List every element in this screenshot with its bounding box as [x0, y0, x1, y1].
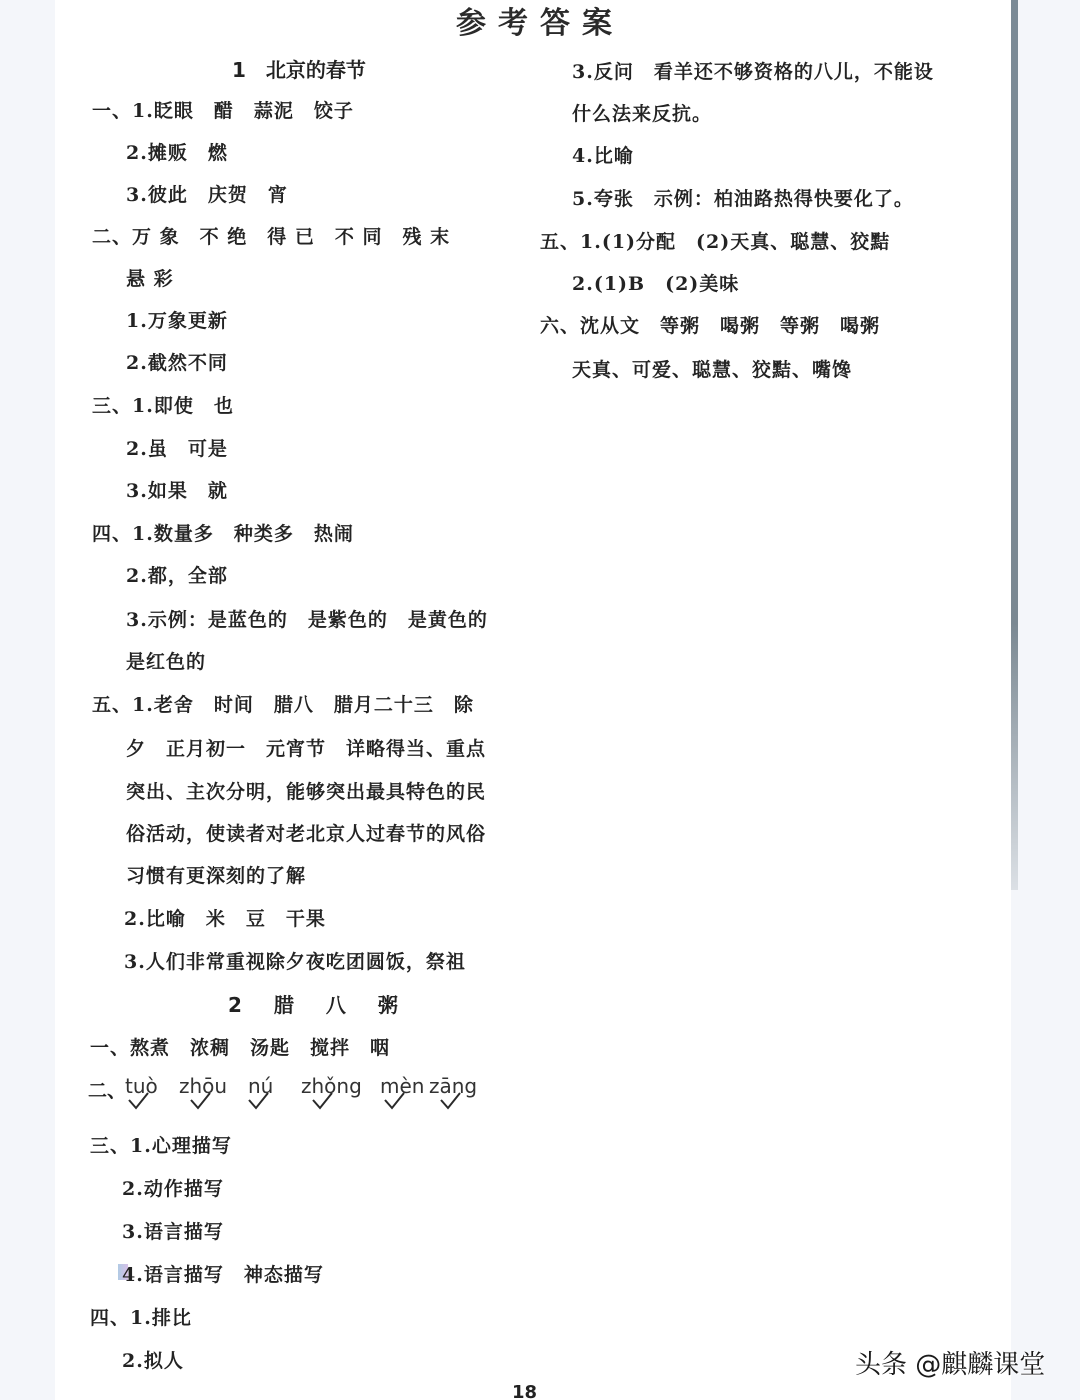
answer-line: 一、1.眨眼 醋 蒜泥 饺子	[92, 96, 354, 123]
answer-line: 3.如果 就	[126, 476, 228, 503]
answer-line: 四、1.排比	[90, 1303, 192, 1330]
answer-line: 五、1.(1)分配 (2)天真、聪慧、狡黠	[540, 227, 890, 254]
answer-line: 4.比喻	[572, 141, 634, 168]
answer-line: 2.拟人	[122, 1346, 184, 1373]
section-title-laba-porridge: 2 腊 八 粥	[228, 989, 404, 1018]
answer-line: 2.虽 可是	[126, 434, 228, 461]
checkmark-icon	[128, 1092, 150, 1110]
answer-line: 3.反问 看羊还不够资格的八儿，不能设	[572, 57, 934, 84]
answer-line: 什么法来反抗。	[572, 99, 712, 126]
checkmark-icon	[248, 1092, 270, 1110]
answer-line: 习惯有更深刻的了解	[126, 861, 306, 888]
answer-line: 2.比喻 米 豆 干果	[124, 904, 326, 931]
answer-line: 四、1.数量多 种类多 热闹	[92, 519, 354, 546]
scan-edge-shadow	[1011, 0, 1018, 890]
answer-line: 六、沈从文 等粥 喝粥 等粥 喝粥	[540, 311, 880, 338]
answer-line: 3.人们非常重视除夕夜吃团圆饭，祭祖	[124, 947, 466, 974]
answer-line: 2.(1)B (2)美味	[572, 269, 739, 296]
answer-line: 是红色的	[126, 647, 206, 674]
checkmark-icon	[440, 1092, 462, 1110]
answer-line: 一、熬煮 浓稠 汤匙 搅拌 咽	[90, 1033, 390, 1060]
answer-line: 2.摊贩 燃	[126, 138, 228, 165]
answer-line: 悬 彩	[126, 264, 174, 291]
answer-line: 三、1.心理描写	[90, 1131, 232, 1158]
answer-line: 4.语言描写 神态描写	[122, 1260, 324, 1287]
page-number: 18	[512, 1382, 537, 1400]
page-title: 参考答案	[0, 0, 1080, 42]
checkmark-icon	[312, 1092, 334, 1110]
answer-line: 天真、可爱、聪慧、狡黠、嘴馋	[572, 355, 852, 382]
checkmark-icon	[190, 1092, 212, 1110]
answer-line: 2.都，全部	[126, 561, 228, 588]
section-title-beijing-spring-festival: 1 北京的春节	[232, 54, 366, 83]
answer-line: 2.动作描写	[122, 1174, 224, 1201]
answer-line: 五、1.老舍 时间 腊八 腊月二十三 除	[92, 690, 474, 717]
answer-line: 三、1.即使 也	[92, 391, 234, 418]
answer-line: 3.语言描写	[122, 1217, 224, 1244]
checkmark-icon	[384, 1092, 406, 1110]
answer-line: 1.万象更新	[126, 306, 228, 333]
answer-line: 二、万 象 不 绝 得 已 不 同 残 末	[92, 222, 450, 249]
answer-line: 2.截然不同	[126, 348, 228, 375]
answer-line: 突出、主次分明，能够突出最具特色的民	[126, 777, 486, 804]
watermark: 头条 @麒麟课堂	[855, 1344, 1045, 1381]
answer-line: 夕 正月初一 元宵节 详略得当、重点	[126, 734, 486, 761]
answer-line: 俗活动，使读者对老北京人过春节的风俗	[126, 819, 486, 846]
question-number: 二、	[88, 1076, 126, 1103]
answer-line: 5.夸张 示例：柏油路热得快要化了。	[572, 184, 914, 211]
answer-line: 3.示例：是蓝色的 是紫色的 是黄色的	[126, 605, 488, 632]
answer-line: 3.彼此 庆贺 宵	[126, 180, 288, 207]
